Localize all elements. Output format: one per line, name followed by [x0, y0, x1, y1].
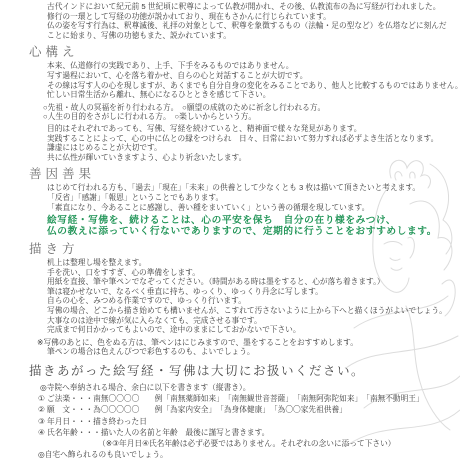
text-line: ○人生の目的をさがしに行われる方。 ○楽しいからという方。: [43, 112, 460, 122]
text-line: 謙虚にはじめることが大切です。: [47, 143, 460, 153]
subheading-handling: 描きあがった絵写経・写佛は大切にお扱いください。: [29, 363, 460, 379]
text-line: ○先祖・故人の冥福を祈り行われる方。 ○願望の成就のために祈念し行われる方。: [43, 103, 460, 113]
green-recommendation: 絵写経・写佛を、続けることは、心の平安を保ち 自分の在り様をみつけ、仏の教えに添…: [47, 215, 460, 237]
text-line: ※写佛のあとに、色をぬる方は、筆ペンはにじみますので、墨をすることをおすすめしま…: [37, 338, 460, 348]
handling-optional-note: （※③年月日④氏名年齢は必ず必要ではありません。それぞれの念いに添って下さい）: [98, 438, 460, 449]
kokorogamae-paragraph-1: 本来、仏道修行の実践であり、上手、下手をみるものではありません。写す過程において…: [47, 61, 460, 99]
kokorogamae-paragraph-2: 目的はそれぞれであっても、写佛、写経を続けていると、精神面で様々な発見があります…: [47, 124, 460, 162]
text-line: （※③年月日④氏名年齢は必ず必要ではありません。それぞれの念いに添って下さい）: [98, 438, 460, 449]
text-line: 仏の姿を写す行為は、釈尊滅後、礼拝の対象として、釈尊を象徴するもの（法輪・足の型…: [47, 21, 460, 31]
heading-kokorogamae: 心構え: [29, 45, 460, 59]
text-line: ① ご法楽・・・南無〇〇〇〇 例「南無薬師如来」 「南無観世音菩薩」 「南無阿弥…: [38, 393, 460, 404]
text-line: 完成まで何日かかってもよいので、途中のままにしておかないで下さい。: [47, 325, 460, 335]
text-line: 忙しい日常生活から離れ、無心になるひとときを感じて下さい。: [47, 90, 460, 100]
text-line: 目的はそれぞれであっても、写佛、写経を続けていると、精神面で様々な発見があります…: [47, 124, 460, 134]
intro-paragraph: 古代インドにおいて紀元前 5 世紀頃に釈尊によって仏教が開かれ、その後、仏教流布…: [47, 2, 460, 40]
text-line: 写す過程において、心を落ち着かせ、自らの心と対話することが大切です。: [47, 71, 460, 81]
text-line: 古代インドにおいて紀元前 5 世紀頃に釈尊によって仏教が開かれ、その後、仏教流布…: [47, 2, 460, 12]
text-line: 実践することによって、心の中に仏との縁をつけられ 日々、日常において努力すれば必…: [47, 134, 460, 144]
document-page: 古代インドにおいて紀元前 5 世紀頃に釈尊によって仏教が開かれ、その後、仏教流布…: [0, 0, 460, 460]
text-line: 写佛の場合、どこから描き始めても構いませんが、こすれて汚さないように上から下へと…: [47, 306, 460, 316]
text-line: 自らの心を、みつめる作業ですので、ゆっくり行います。: [47, 296, 460, 306]
handling-intro: ◎寺院へ奉納される場合、余白に以下を書きます（縦書き）。: [40, 382, 460, 393]
text-line: ことに始まり、写佛の功徳もまた、説かれています。: [47, 31, 460, 41]
text-line: 仏の教えに添っていく行ないでありますので、定期的に行うことをおすすめします。: [47, 226, 460, 237]
text-line: 手を洗い、口をすすぎ、心の準備をします。: [47, 268, 460, 278]
handling-numbered-list: ① ご法楽・・・南無〇〇〇〇 例「南無薬師如来」 「南無観世音菩薩」 「南無阿弥…: [38, 393, 460, 438]
heading-zeninzenka: 善因善果: [29, 167, 460, 181]
text-line: 共に仏性が輝いていきますよう、心より祈念いたします。: [47, 153, 460, 163]
zeninzenka-paragraph: はじめて行われる方も、「過去」「現在」「未来」の供養として少なくとも 3 枚は描…: [47, 183, 460, 212]
text-line: ◎自宅へ飾られるのも良いでしょう。: [38, 449, 460, 460]
text-line: ④ 氏名年齢・・・描いた人の名前と年齢 最後に謹写と書きます。: [38, 427, 460, 438]
text-line: ③ 年月日・・・描き終わった日: [38, 416, 460, 427]
motivation-bullets: ○先祖・故人の冥福を祈り行われる方。 ○願望の成就のために祈念し行われる方。○人…: [43, 103, 460, 122]
document-content: 古代インドにおいて紀元前 5 世紀頃に釈尊によって仏教が開かれ、その後、仏教流布…: [0, 0, 460, 460]
color-note: ※写佛のあとに、色をぬる方は、筆ペンはにじみますので、墨をすることをおすすめしま…: [47, 338, 460, 357]
text-line: 絵写経・写佛を、続けることは、心の平安を保ち 自分の在り様をみつけ、: [47, 215, 460, 226]
handling-home: ◎自宅へ飾られるのも良いでしょう。: [38, 449, 460, 460]
heading-kakikata: 描き方: [29, 242, 460, 256]
text-line: 大事なのは途中で線が気に入らなくても、完成させる事です。: [47, 316, 460, 326]
text-line: はじめて行われる方も、「過去」「現在」「未来」の供養として少なくとも 3 枚は描…: [47, 183, 460, 193]
text-line: 筆ペンの場合は色えんぴつで彩色するのも、よいでしょう。: [47, 347, 460, 357]
kakikata-paragraph: 机上は整理し場を整えます。手を洗い、口をすすぎ、心の準備をします。用紙を直接、筆…: [47, 258, 460, 335]
text-line: ② 願 文・・・為〇〇〇〇〇 例「為家内安全」 「為身体健康」 「為〇〇家先祖供…: [38, 404, 460, 415]
text-line: ◎寺院へ奉納される場合、余白に以下を書きます（縦書き）。: [40, 382, 460, 393]
text-line: 「反省」「感謝」「報恩」ということでもあります。: [47, 193, 460, 203]
text-line: 本来、仏道修行の実践であり、上手、下手をみるものではありません。: [47, 61, 460, 71]
text-line: その線は写す人の心を現しますが、あくまでも自分自身の変化をみることであり、他人と…: [47, 81, 460, 91]
text-line: 用紙を直接、筆や筆ペンでなぞってください。（時間がある時は墨をすると、心が落ち着…: [47, 277, 460, 287]
text-line: 修行の一環として写経の功徳が説かれており、現在もさかんに行じられています。: [47, 12, 460, 22]
text-line: 机上は整理し場を整えます。: [47, 258, 460, 268]
text-line: 「素直になり、今あることに感謝し、善い種をまいていく」という善の循環を現していま…: [47, 203, 460, 213]
